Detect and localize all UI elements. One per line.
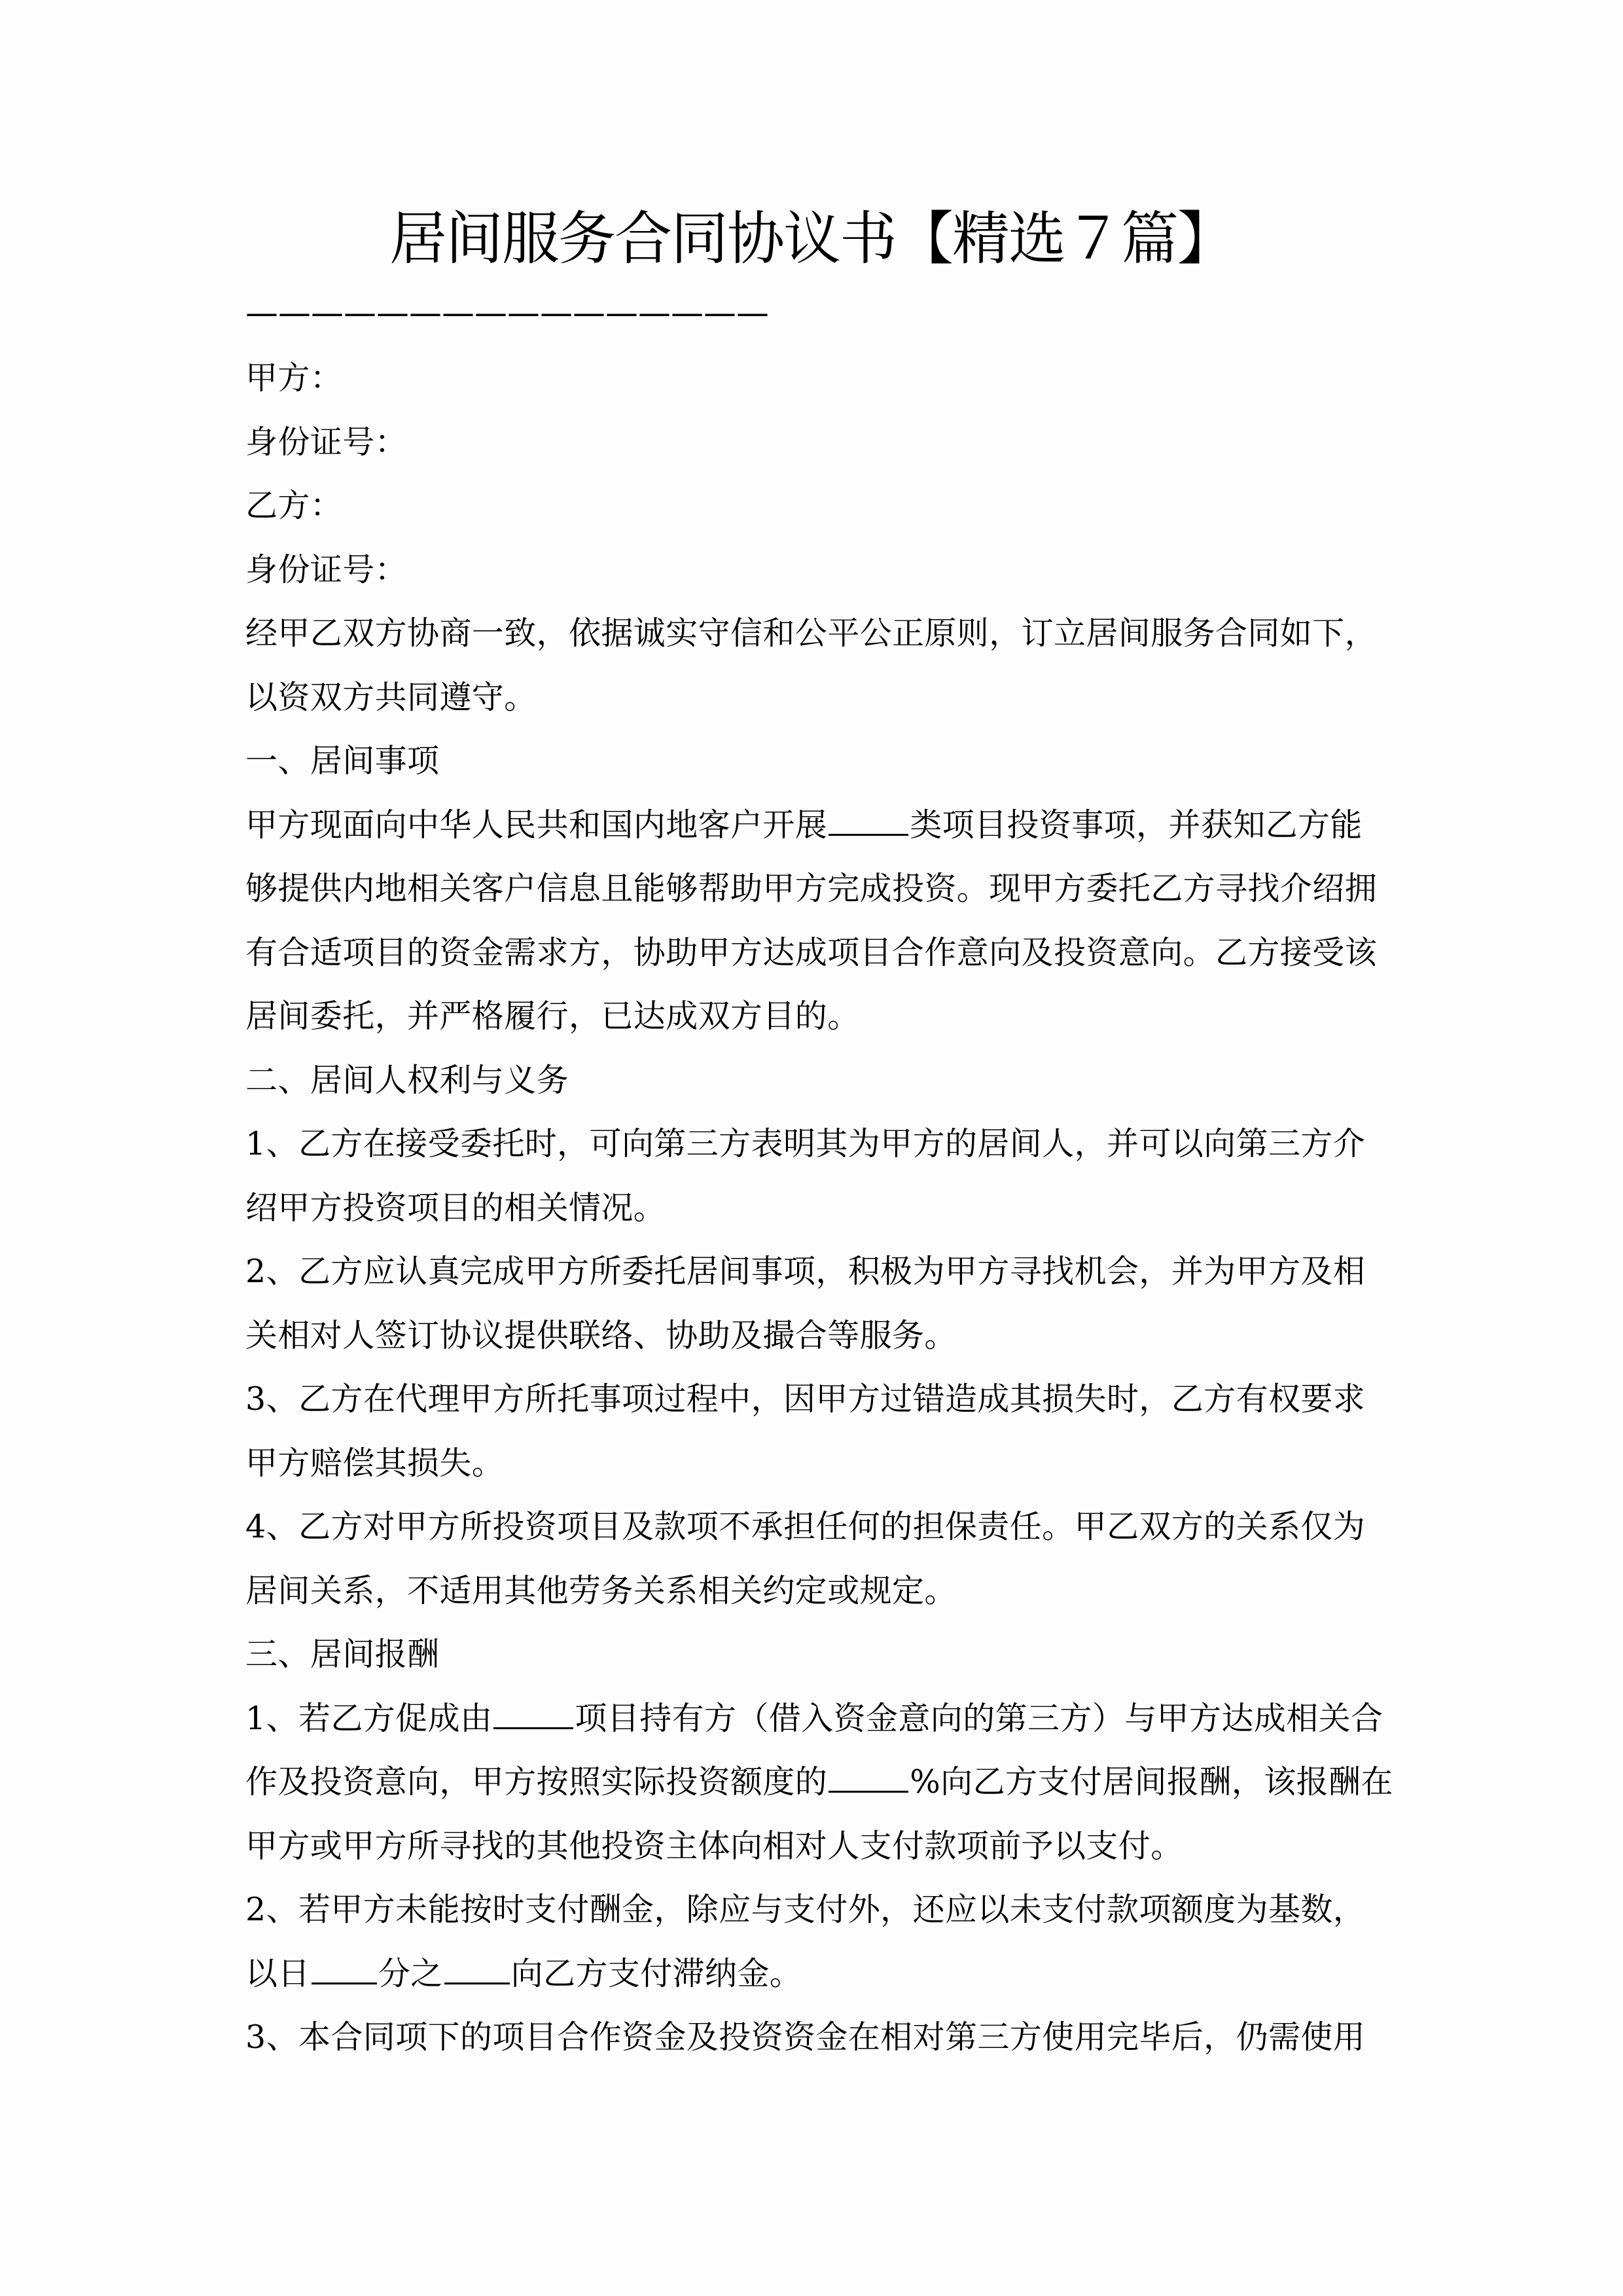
document-title: 居间服务合同协议书【精选７篇】	[0, 203, 1623, 275]
text-fragment: 分之	[378, 1955, 443, 1992]
text-fragment: 作及投资意向，甲方按照实际投资额度的	[245, 1763, 827, 1801]
text-fragment: 以日	[245, 1955, 310, 1992]
paragraph-line: 甲方现面向中华人民共和国内地客户开展类项目投资事项，并获知乙方能	[245, 793, 1384, 857]
clause-line: 甲方或甲方所寻找的其他投资主体向相对人支付款项前予以支付。	[245, 1814, 1384, 1878]
clause-line: 3、乙方在代理甲方所托事项过程中，因甲方过错造成其损失时，乙方有权要求	[245, 1367, 1384, 1431]
party-a-id-field: 身份证号：	[245, 410, 1384, 475]
clause-line: 绍甲方投资项目的相关情况。	[245, 1176, 1384, 1240]
clause-line: 4、乙方对甲方所投资项目及款项不承担任何的担保责任。甲乙双方的关系仅为	[245, 1495, 1384, 1559]
text-fragment: 1、若乙方促成由	[245, 1700, 492, 1737]
paragraph-line: 居间委托，并严格履行，已达成双方目的。	[245, 984, 1384, 1049]
fill-in-blank	[829, 833, 908, 836]
party-b-id-field: 身份证号：	[245, 538, 1384, 602]
clause-line: 作及投资意向，甲方按照实际投资额度的%向乙方支付居间报酬，该报酬在	[245, 1750, 1384, 1814]
document-body: 甲方： 身份证号： 乙方： 身份证号： 经甲乙双方协商一致，依据诚实守信和公平公…	[245, 346, 1384, 2070]
section-heading: 三、居间报酬	[245, 1623, 1384, 1687]
preamble-line: 以资双方共同遵守。	[245, 666, 1384, 730]
fill-in-blank	[444, 1982, 510, 1984]
preamble-line: 经甲乙双方协商一致，依据诚实守信和公平公正原则，订立居间服务合同如下，	[245, 601, 1384, 666]
fill-in-blank	[312, 1982, 377, 1984]
document-page: 居间服务合同协议书【精选７篇】 ———————————————— 甲方： 身份证…	[0, 0, 1623, 2296]
clause-line: 以日分之向乙方支付滞纳金。	[245, 1942, 1384, 2006]
text-fragment: 甲方现面向中华人民共和国内地客户开展	[245, 806, 827, 844]
party-a-field: 甲方：	[245, 346, 1384, 410]
clause-line: 1、乙方在接受委托时，可向第三方表明其为甲方的居间人，并可以向第三方介	[245, 1112, 1384, 1176]
section-heading: 一、居间事项	[245, 729, 1384, 793]
paragraph-line: 有合适项目的资金需求方，协助甲方达成项目合作意向及投资意向。乙方接受该	[245, 921, 1384, 985]
clause-line: 2、乙方应认真完成甲方所委托居间事项，积极为甲方寻找机会，并为甲方及相	[245, 1240, 1384, 1304]
text-fragment: 向乙方支付滞纳金。	[511, 1955, 802, 1992]
clause-line: 1、若乙方促成由项目持有方（借入资金意向的第三方）与甲方达成相关合	[245, 1687, 1384, 1751]
clause-line: 居间关系，不适用其他劳务关系相关约定或规定。	[245, 1559, 1384, 1623]
text-fragment: %向乙方支付居间报酬，该报酬在	[910, 1763, 1393, 1801]
clause-line: 2、若甲方未能按时支付酬金，除应与支付外，还应以未支付款项额度为基数，	[245, 1878, 1384, 1942]
fill-in-blank	[829, 1790, 908, 1793]
clause-line: 3、本合同项下的项目合作资金及投资资金在相对第三方使用完毕后，仍需使用	[245, 2005, 1384, 2070]
document-title-text: 居间服务合同协议书【精选７篇】	[389, 203, 1234, 275]
section-heading: 二、居间人权利与义务	[245, 1049, 1384, 1113]
paragraph-line: 够提供内地相关客户信息且能够帮助甲方完成投资。现甲方委托乙方寻找介绍拥	[245, 857, 1384, 921]
fill-in-blank	[493, 1727, 573, 1729]
text-fragment: 类项目投资事项，并获知乙方能	[910, 806, 1363, 844]
text-fragment: 项目持有方（借入资金意向的第三方）与甲方达成相关合	[575, 1700, 1383, 1737]
clause-line: 甲方赔偿其损失。	[245, 1431, 1384, 1496]
title-separator: ————————————————	[245, 293, 769, 332]
party-b-field: 乙方：	[245, 474, 1384, 538]
clause-line: 关相对人签订协议提供联络、协助及撮合等服务。	[245, 1304, 1384, 1368]
